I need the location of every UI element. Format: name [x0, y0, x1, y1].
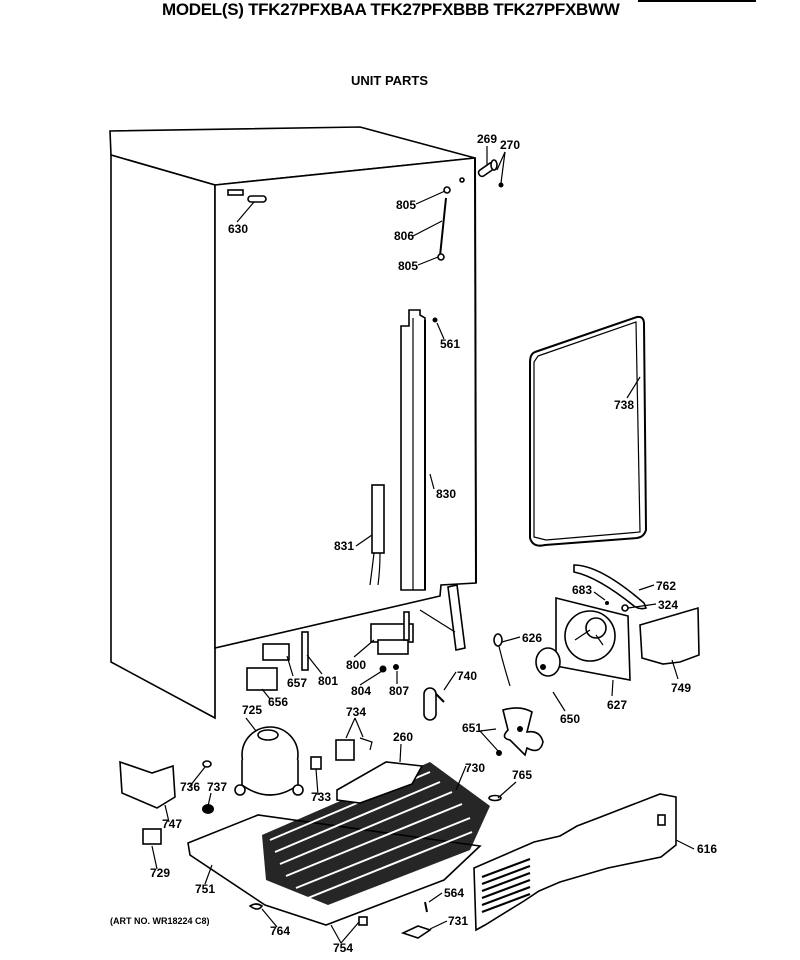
part-label-762[interactable]: 762: [656, 579, 676, 593]
part-label-657[interactable]: 657: [287, 676, 307, 690]
part-650-fan-motor: [536, 648, 560, 676]
part-747-bracket: [120, 762, 175, 808]
part-label-736[interactable]: 736: [180, 780, 200, 794]
part-657: [263, 644, 289, 660]
part-label-269[interactable]: 269: [477, 132, 497, 146]
part-label-731[interactable]: 731: [448, 914, 468, 928]
part-764: [250, 904, 262, 909]
part-616-grille: [474, 794, 676, 930]
part-label-806[interactable]: 806: [394, 229, 414, 243]
part-627-fan-shroud: [556, 598, 630, 680]
part-label-627[interactable]: 627: [607, 698, 627, 712]
part-731-clip: [403, 926, 430, 938]
part-label-561[interactable]: 561: [440, 337, 460, 351]
part-label-729[interactable]: 729: [150, 866, 170, 880]
part-label-740[interactable]: 740: [457, 669, 477, 683]
part-label-831[interactable]: 831: [334, 539, 354, 553]
part-label-751[interactable]: 751: [195, 882, 215, 896]
refrigerator-cabinet: [110, 127, 476, 718]
part-label-725[interactable]: 725: [242, 703, 262, 717]
part-734: [336, 740, 354, 760]
part-label-749[interactable]: 749: [671, 681, 691, 695]
part-label-807[interactable]: 807: [389, 684, 409, 698]
part-label-805a[interactable]: 805: [396, 198, 416, 212]
part-label-754[interactable]: 754: [333, 941, 353, 955]
part-label-260[interactable]: 260: [393, 730, 413, 744]
part-label-564[interactable]: 564: [444, 886, 464, 900]
part-656: [247, 668, 277, 690]
part-label-737[interactable]: 737: [207, 780, 227, 794]
part-label-650[interactable]: 650: [560, 712, 580, 726]
part-label-804[interactable]: 804: [351, 684, 371, 698]
part-754: [359, 917, 367, 925]
part-label-800[interactable]: 800: [346, 658, 366, 672]
part-729: [143, 829, 161, 844]
part-label-683[interactable]: 683: [572, 583, 592, 597]
part-label-805b[interactable]: 805: [398, 259, 418, 273]
part-label-656[interactable]: 656: [268, 695, 288, 709]
part-label-626[interactable]: 626: [522, 631, 542, 645]
part-564-screw: [425, 902, 427, 912]
part-label-738[interactable]: 738: [614, 398, 634, 412]
part-801: [302, 632, 308, 670]
exploded-parts-diagram: 2692706308058068055617388308317626833246…: [0, 0, 800, 960]
part-733: [311, 757, 321, 769]
part-label-630[interactable]: 630: [228, 222, 248, 236]
part-label-270[interactable]: 270: [500, 138, 520, 152]
part-725-compressor: [235, 727, 303, 795]
part-label-765[interactable]: 765: [512, 768, 532, 782]
part-label-730[interactable]: 730: [465, 761, 485, 775]
part-label-616[interactable]: 616: [697, 842, 717, 856]
part-label-747[interactable]: 747: [162, 817, 182, 831]
part-label-801[interactable]: 801: [318, 674, 338, 688]
part-label-830[interactable]: 830: [436, 487, 456, 501]
part-label-324[interactable]: 324: [658, 598, 678, 612]
part-749-cover: [640, 608, 699, 664]
part-651-fan-blade: [496, 708, 543, 756]
part-label-734[interactable]: 734: [346, 705, 366, 719]
part-label-764[interactable]: 764: [270, 924, 290, 938]
part-740: [424, 688, 444, 720]
part-label-651[interactable]: 651: [462, 721, 482, 735]
part-label-733[interactable]: 733: [311, 790, 331, 804]
part-800-water-valve: [371, 612, 413, 673]
part-738-heater-loop: [530, 317, 646, 546]
